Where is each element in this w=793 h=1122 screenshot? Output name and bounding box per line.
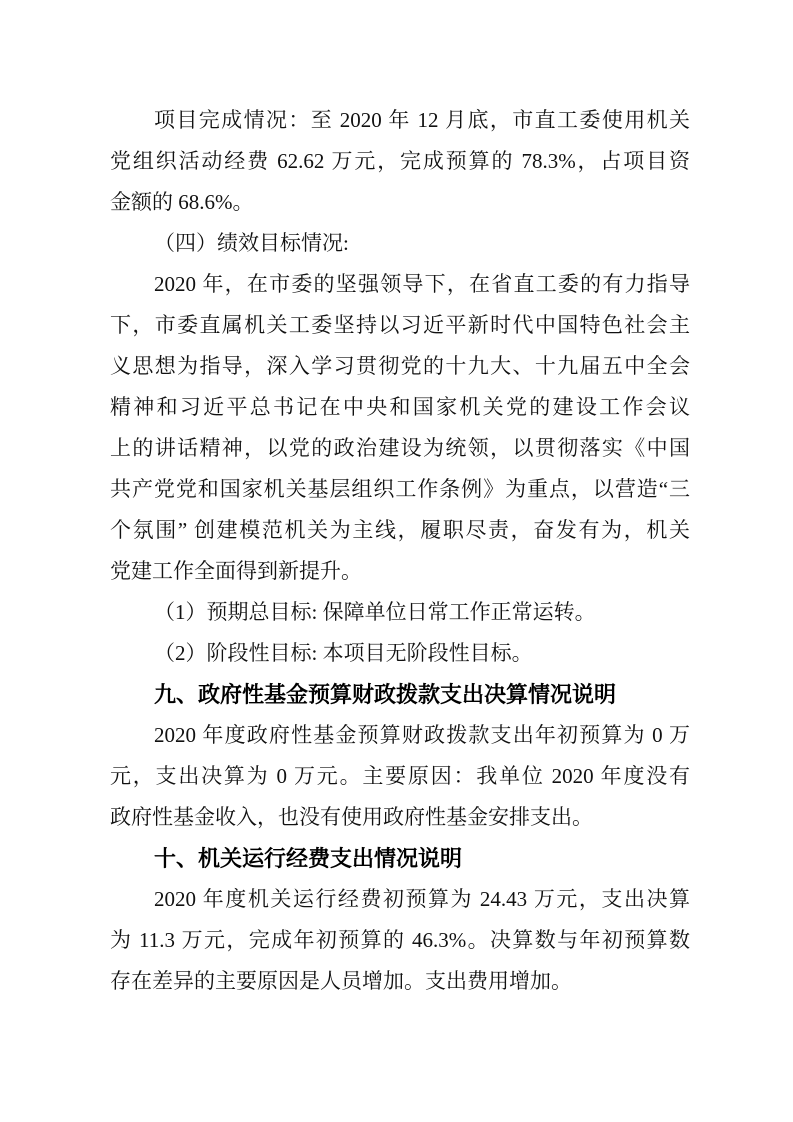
text-line: 共产党党和国家机关基层组织工作条例》为重点，以营造“三 <box>110 469 690 510</box>
text-line: 2020 年度政府性基金预算财政拨款支出年初预算为 0 万 <box>110 715 690 756</box>
text-line: 2020 年，在市委的坚强领导下，在省直工委的有力指导 <box>110 264 690 305</box>
section-heading: 十、机关运行经费支出情况说明 <box>110 838 690 879</box>
text-line: 2020 年度机关运行经费初预算为 24.43 万元，支出决算 <box>110 879 690 920</box>
text-line: 党组织活动经费 62.62 万元，完成预算的 78.3%，占项目资 <box>110 141 690 182</box>
text-line: 金额的 68.6%。 <box>110 182 690 223</box>
text-line: 政府性基金收入，也没有使用政府性基金安排支出。 <box>110 797 690 838</box>
text-line: （1）预期总目标: 保障单位日常工作正常运转。 <box>110 592 690 633</box>
text-line: 精神和习近平总书记在中央和国家机关党的建设工作会议 <box>110 387 690 428</box>
text-line: 元，支出决算为 0 万元。主要原因：我单位 2020 年度没有 <box>110 756 690 797</box>
text-line: 为 11.3 万元，完成年初预算的 46.3%。决算数与年初预算数 <box>110 920 690 961</box>
document-page: 项目完成情况：至 2020 年 12 月底，市直工委使用机关党组织活动经费 62… <box>0 0 793 1122</box>
text-line: （四）绩效目标情况: <box>110 223 690 264</box>
text-line: 存在差异的主要原因是人员增加。支出费用增加。 <box>110 961 690 1002</box>
text-line: 个氛围” 创建模范机关为主线，履职尽责，奋发有为，机关 <box>110 510 690 551</box>
document-content: 项目完成情况：至 2020 年 12 月底，市直工委使用机关党组织活动经费 62… <box>110 100 690 1002</box>
section-heading: 九、政府性基金预算财政拨款支出决算情况说明 <box>110 674 690 715</box>
text-line: 党建工作全面得到新提升。 <box>110 551 690 592</box>
text-line: （2）阶段性目标: 本项目无阶段性目标。 <box>110 633 690 674</box>
text-line: 上的讲话精神，以党的政治建设为统领，以贯彻落实《中国 <box>110 428 690 469</box>
text-line: 义思想为指导，深入学习贯彻党的十九大、十九届五中全会 <box>110 346 690 387</box>
text-line: 项目完成情况：至 2020 年 12 月底，市直工委使用机关 <box>110 100 690 141</box>
text-line: 下，市委直属机关工委坚持以习近平新时代中国特色社会主 <box>110 305 690 346</box>
